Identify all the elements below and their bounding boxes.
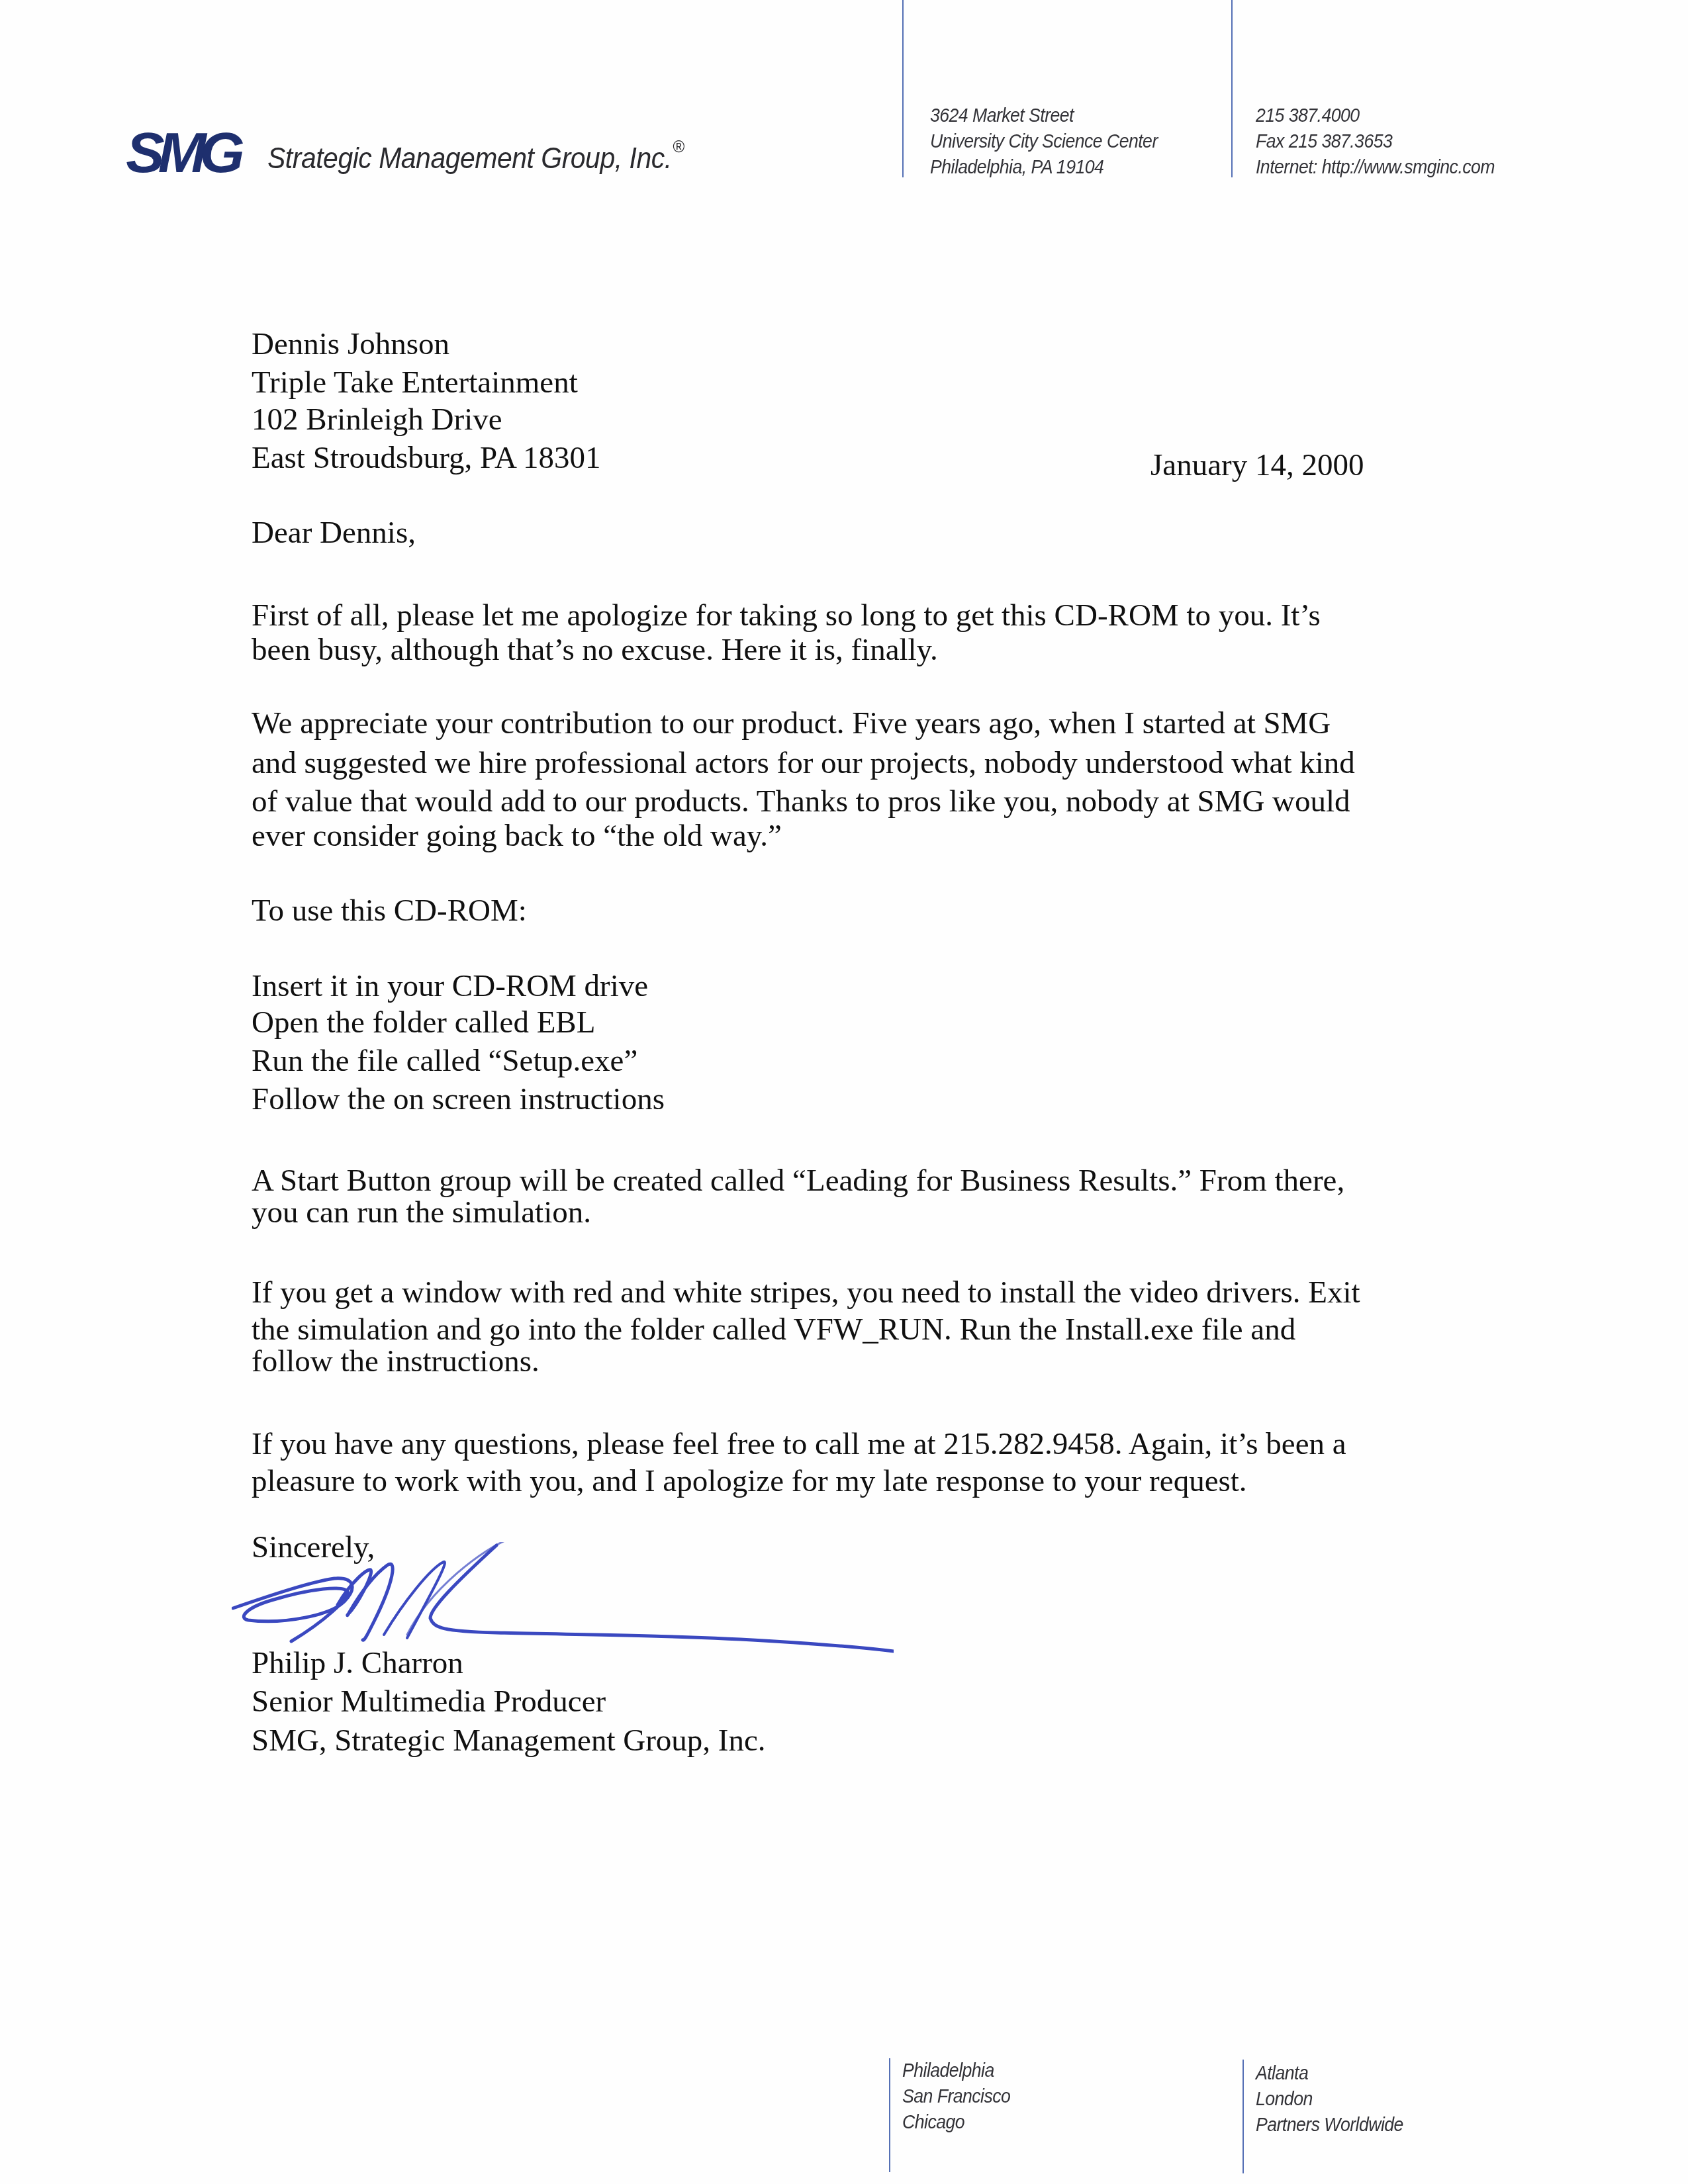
office-city: Atlanta [1256,2061,1403,2087]
website: Internet: http://www.smginc.com [1256,155,1495,181]
paragraph-line: If you have any questions, please feel f… [252,1429,1346,1460]
salutation: Dear Dennis, [252,518,416,549]
instructions-intro: To use this CD-ROM: [252,895,527,927]
office-city: Philadelphia [902,2058,1010,2084]
paragraph-line: follow the instructions. [252,1346,539,1377]
recipient-name: Dennis Johnson [252,329,449,360]
signer-title: Senior Multimedia Producer [252,1686,606,1717]
office-partners: Partners Worldwide [1256,2113,1403,2138]
footer-offices-other: Atlanta London Partners Worldwide [1256,2061,1403,2138]
address-line: University City Science Center [930,129,1158,155]
instruction-step: Run the file called “Setup.exe” [252,1046,637,1077]
paragraph-line: ever consider going back to “the old way… [252,821,782,852]
company-name: Strategic Management Group, Inc.® [267,143,684,173]
instruction-step: Insert it in your CD-ROM drive [252,971,648,1002]
address-line: 3624 Market Street [930,103,1158,129]
signer-name: Philip J. Charron [252,1648,463,1679]
recipient-street: 102 Brinleigh Drive [252,404,502,435]
recipient-city: East Stroudsburg, PA 18301 [252,443,601,474]
header-rule-right [1231,0,1233,177]
header-rule-left [902,0,904,177]
recipient-company: Triple Take Entertainment [252,367,578,398]
paragraph-line: If you get a window with red and white s… [252,1277,1360,1308]
footer-rule-left [889,2058,890,2172]
fax: Fax 215 387.3653 [1256,129,1495,155]
office-city: London [1256,2087,1403,2113]
paragraph-line: been busy, although that’s no excuse. He… [252,635,938,666]
paragraph-line: and suggested we hire professional actor… [252,748,1355,779]
company-name-text: Strategic Management Group, Inc. [267,142,672,175]
footer-rule-right-final [1243,2060,1244,2173]
paragraph-line: First of all, please let me apologize fo… [252,600,1321,631]
letter-page: SMG Strategic Management Group, Inc.® 36… [0,0,1688,2184]
paragraph-line: pleasure to work with you, and I apologi… [252,1466,1247,1497]
paragraph-line: of value that would add to our products.… [252,786,1350,817]
instruction-step: Follow the on screen instructions [252,1084,665,1115]
paragraph-line: you can run the simulation. [252,1197,591,1228]
registered-mark: ® [673,136,684,156]
letter-date: January 14, 2000 [1150,450,1364,481]
address-line: Philadelphia, PA 19104 [930,155,1158,181]
paragraph-line: the simulation and go into the folder ca… [252,1314,1295,1345]
instruction-step: Open the folder called EBL [252,1007,595,1038]
paragraph-line: A Start Button group will be created cal… [252,1165,1344,1197]
footer-offices-left: Philadelphia San Francisco Chicago [902,2058,1010,2136]
phone: 215 387.4000 [1256,103,1495,129]
paragraph-line: We appreciate your contribution to our p… [252,708,1331,739]
signer-company: SMG, Strategic Management Group, Inc. [252,1725,766,1756]
office-city: San Francisco [902,2084,1010,2110]
header-contact: 215 387.4000 Fax 215 387.3653 Internet: … [1256,103,1495,181]
office-city: Chicago [902,2110,1010,2136]
smg-logo: SMG [126,124,238,181]
header-address: 3624 Market Street University City Scien… [930,103,1158,181]
